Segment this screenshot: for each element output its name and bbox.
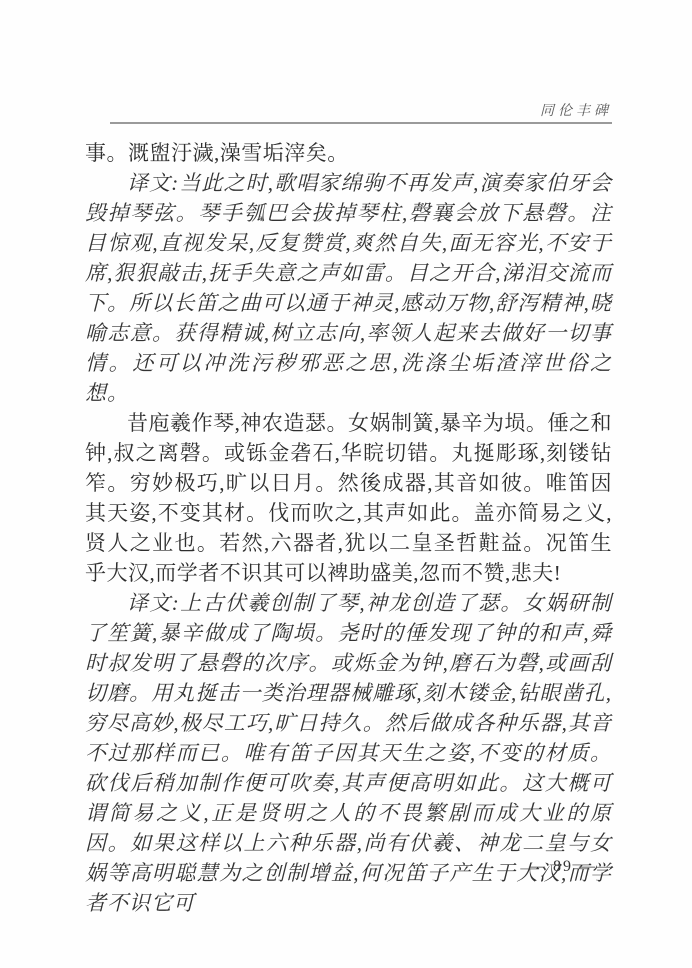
page-footer: — 89 —	[529, 858, 597, 876]
paragraph-translation-1: 译文:当此之时,歌唱家绵驹不再发声,演奏家伯牙会毁掉琴弦。琴手瓠巴会拔掉琴柱,磬…	[85, 168, 612, 408]
book-page: 同伦丰碑 事。溉盥汙濊,澡雪垢滓矣。 译文:当此之时,歌唱家绵驹不再发声,演奏家…	[0, 0, 692, 968]
header-rule	[110, 122, 612, 124]
running-header-title: 同伦丰碑	[540, 100, 612, 120]
page-number: — 89 —	[529, 858, 597, 875]
running-header: 同伦丰碑	[110, 100, 612, 126]
paragraph-classical-continuation: 事。溉盥汙濊,澡雪垢滓矣。	[85, 138, 612, 168]
text-block: 事。溉盥汙濊,澡雪垢滓矣。 译文:当此之时,歌唱家绵驹不再发声,演奏家伯牙会毁掉…	[85, 138, 612, 918]
paragraph-classical-2: 昔庖羲作琴,神农造瑟。女娲制簧,暴辛为埙。倕之和钟,叔之离磬。或铄金砻石,华睆切…	[85, 408, 612, 588]
